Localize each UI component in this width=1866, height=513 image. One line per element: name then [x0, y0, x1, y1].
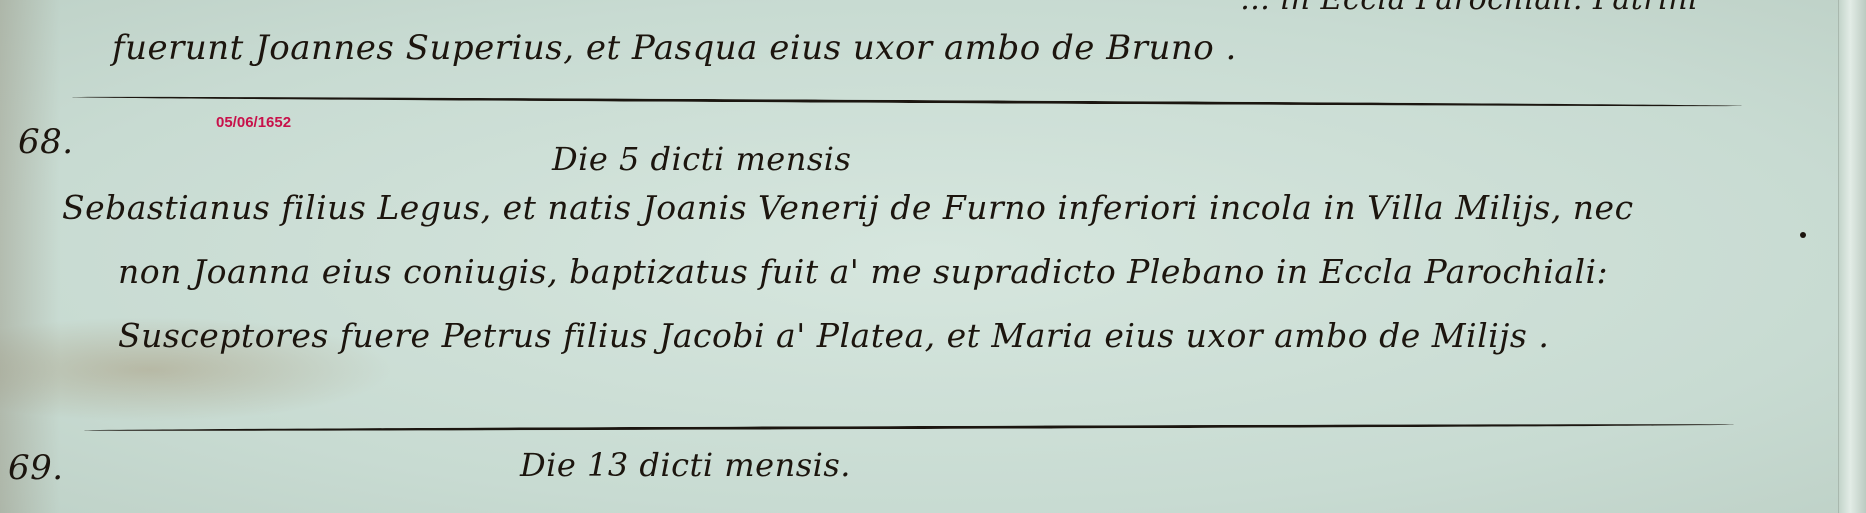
previous-entry-line: fuerunt Joannes Superius, et Pasqua eius… — [112, 28, 1237, 68]
entry-day-heading: Die 5 dicti mensis — [552, 140, 851, 178]
entry-line: Sebastianus filius Legus, et natis Joani… — [62, 188, 1634, 227]
entry-day-heading: Die 13 dicti mensis. — [520, 446, 851, 484]
entry-line: Susceptores fuere Petrus filius Jacobi a… — [118, 316, 1549, 355]
entry-number: 68. — [18, 122, 74, 162]
entry-separator-rule — [84, 423, 1734, 432]
entry-separator-rule — [72, 96, 1742, 108]
page-binding-fold — [1838, 0, 1866, 513]
entry-line: non Joanna eius coniugis, baptizatus fui… — [118, 252, 1608, 291]
date-annotation: 05/06/1652 — [216, 114, 291, 131]
previous-entry-top-fragment: … in Eccla Parochiali. Patrini — [1240, 0, 1698, 17]
entry-number: 69. — [8, 448, 64, 488]
manuscript-page: … in Eccla Parochiali. Patrini fuerunt J… — [0, 0, 1866, 513]
ink-dot — [1800, 232, 1806, 238]
page-edge-shadow — [0, 0, 60, 513]
